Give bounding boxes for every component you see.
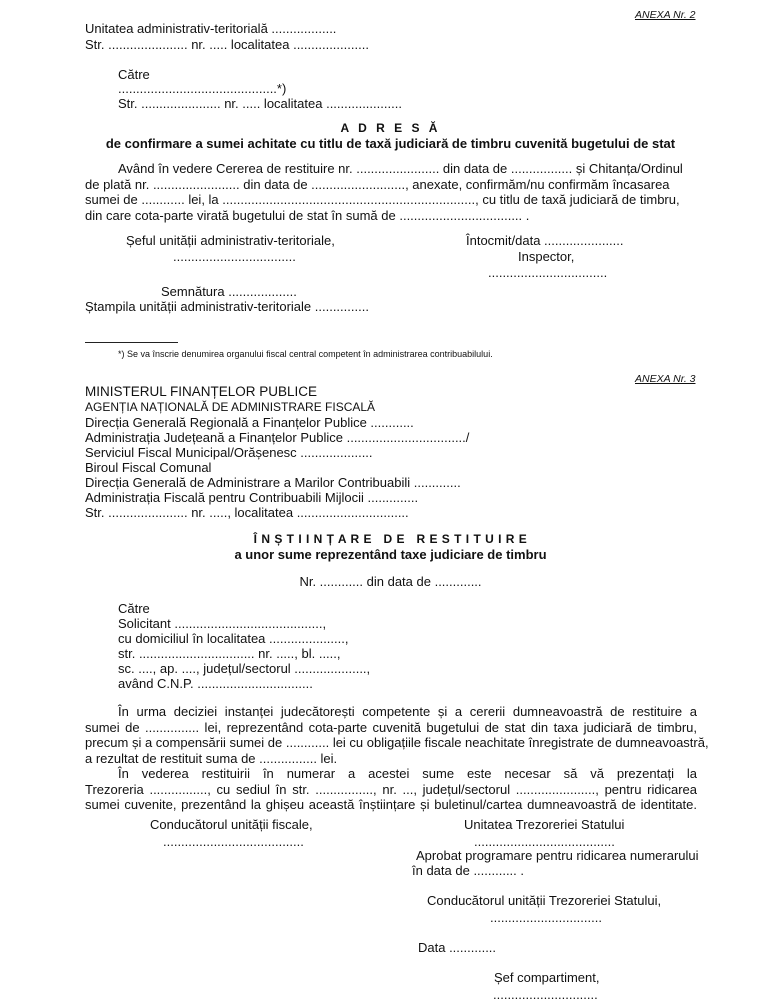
anexa-2-label: ANEXA Nr. 2 — [635, 8, 696, 23]
sector-line: sc. ...., ap. ...., județul/sectorul ...… — [118, 661, 370, 676]
trezorerie-label: Unitatea Trezoreriei Statului — [464, 817, 624, 832]
domiciliu-line: cu domiciliul în localitatea ...........… — [118, 631, 348, 646]
data-line: Data ............. — [418, 940, 496, 955]
body-line: În urma deciziei instanței judecătorești… — [85, 704, 697, 720]
conducator-trezorerie-label: Conducătorul unității Trezoreriei Statul… — [427, 893, 661, 908]
footnote: *) Se va înscrie denumirea organului fis… — [118, 347, 493, 362]
conducator-trezorerie-dots: ............................... — [490, 910, 602, 925]
street-line: str. ................................ nr… — [118, 646, 341, 661]
header-line: Administrația Județeană a Finanțelor Pub… — [85, 430, 469, 445]
anexa-3-label: ANEXA Nr. 3 — [635, 372, 696, 387]
adresa-body: Având în vedere Cererea de restituire nr… — [85, 161, 697, 223]
body-line: Având în vedere Cererea de restituire nr… — [85, 161, 697, 177]
in-data-line: în data de ............ . — [412, 863, 524, 878]
inspector-label: Inspector, — [518, 249, 574, 264]
sef-signature-dots: .................................. — [173, 249, 296, 264]
catre-label: Către — [118, 601, 150, 616]
adresa-title: A D R E S Ă — [0, 121, 781, 136]
trezorerie-dots: ....................................... — [474, 834, 615, 849]
header-line: Direcția Generală de Administrare a Mari… — [85, 475, 461, 490]
body-line: sumei de ............ lei, la ..........… — [85, 192, 697, 208]
header-line: Biroul Fiscal Comunal — [85, 460, 211, 475]
footnote-divider — [85, 342, 178, 343]
body-line: În vederea restituirii în numerar a aces… — [85, 766, 697, 782]
adresa-subtitle: de confirmare a sumei achitate cu titlu … — [0, 136, 781, 151]
recipient-name-line: ........................................… — [118, 81, 286, 96]
minister-line: MINISTERUL FINANȚELOR PUBLICE — [85, 384, 317, 399]
inspector-signature-dots: ................................. — [488, 265, 607, 280]
stampila-line: Ștampila unității administrativ-teritori… — [85, 299, 369, 314]
conducator-fiscal-dots: ....................................... — [163, 834, 304, 849]
body-line: Trezoreria ................, cu sediul î… — [85, 782, 697, 798]
sef-compartiment-label: Șef compartiment, — [494, 970, 600, 985]
body-line: a rezultat de restituit suma de ........… — [85, 751, 697, 767]
header-line: Direcția Generală Regională a Finanțelor… — [85, 415, 414, 430]
body-line: precum și a compensării sumei de .......… — [85, 735, 697, 751]
body-line: sumei de ............... lei, reprezentâ… — [85, 720, 697, 736]
instiintare-body: În urma deciziei instanței judecătorești… — [85, 704, 697, 813]
intocmit-line: Întocmit/data ...................... — [466, 233, 624, 248]
unitate-line: Unitatea administrativ-teritorială .....… — [85, 21, 336, 36]
number-date-line: Nr. ............ din data de ...........… — [0, 574, 781, 589]
body-line: sumei cuvenite, prezentând la ghișeu ace… — [85, 797, 697, 813]
header-line: Str. ...................... nr. ....., l… — [85, 505, 409, 520]
aprobat-line: Aprobat programare pentru ridicarea nume… — [416, 848, 699, 863]
agency-line: AGENȚIA NAȚIONALĂ DE ADMINISTRARE FISCAL… — [85, 400, 375, 415]
semnatura-line: Semnătura ................... — [161, 284, 297, 299]
instiintare-title: Î N Ș T I I N Ț A R E D E R E S T I T U … — [0, 532, 781, 547]
conducator-fiscal-label: Conducătorul unității fiscale, — [150, 817, 313, 832]
cnp-line: având C.N.P. ...........................… — [118, 676, 313, 691]
recipient-address-line: Str. ...................... nr. ..... lo… — [118, 96, 402, 111]
sef-label: Șeful unității administrativ-teritoriale… — [126, 233, 335, 248]
instiintare-subtitle: a unor sume reprezentând taxe judiciare … — [0, 547, 781, 562]
header-line: Serviciul Fiscal Municipal/Orășenesc ...… — [85, 445, 373, 460]
catre-label: Către — [118, 67, 150, 82]
address-line: Str. ...................... nr. ..... lo… — [85, 37, 369, 52]
header-line: Administrația Fiscală pentru Contribuabi… — [85, 490, 418, 505]
sef-compartiment-dots: ............................. — [493, 987, 598, 1002]
solicitant-line: Solicitant .............................… — [118, 616, 326, 631]
body-line: din care cota-parte virată bugetului de … — [85, 208, 697, 224]
body-line: de plată nr. ........................ di… — [85, 177, 697, 193]
